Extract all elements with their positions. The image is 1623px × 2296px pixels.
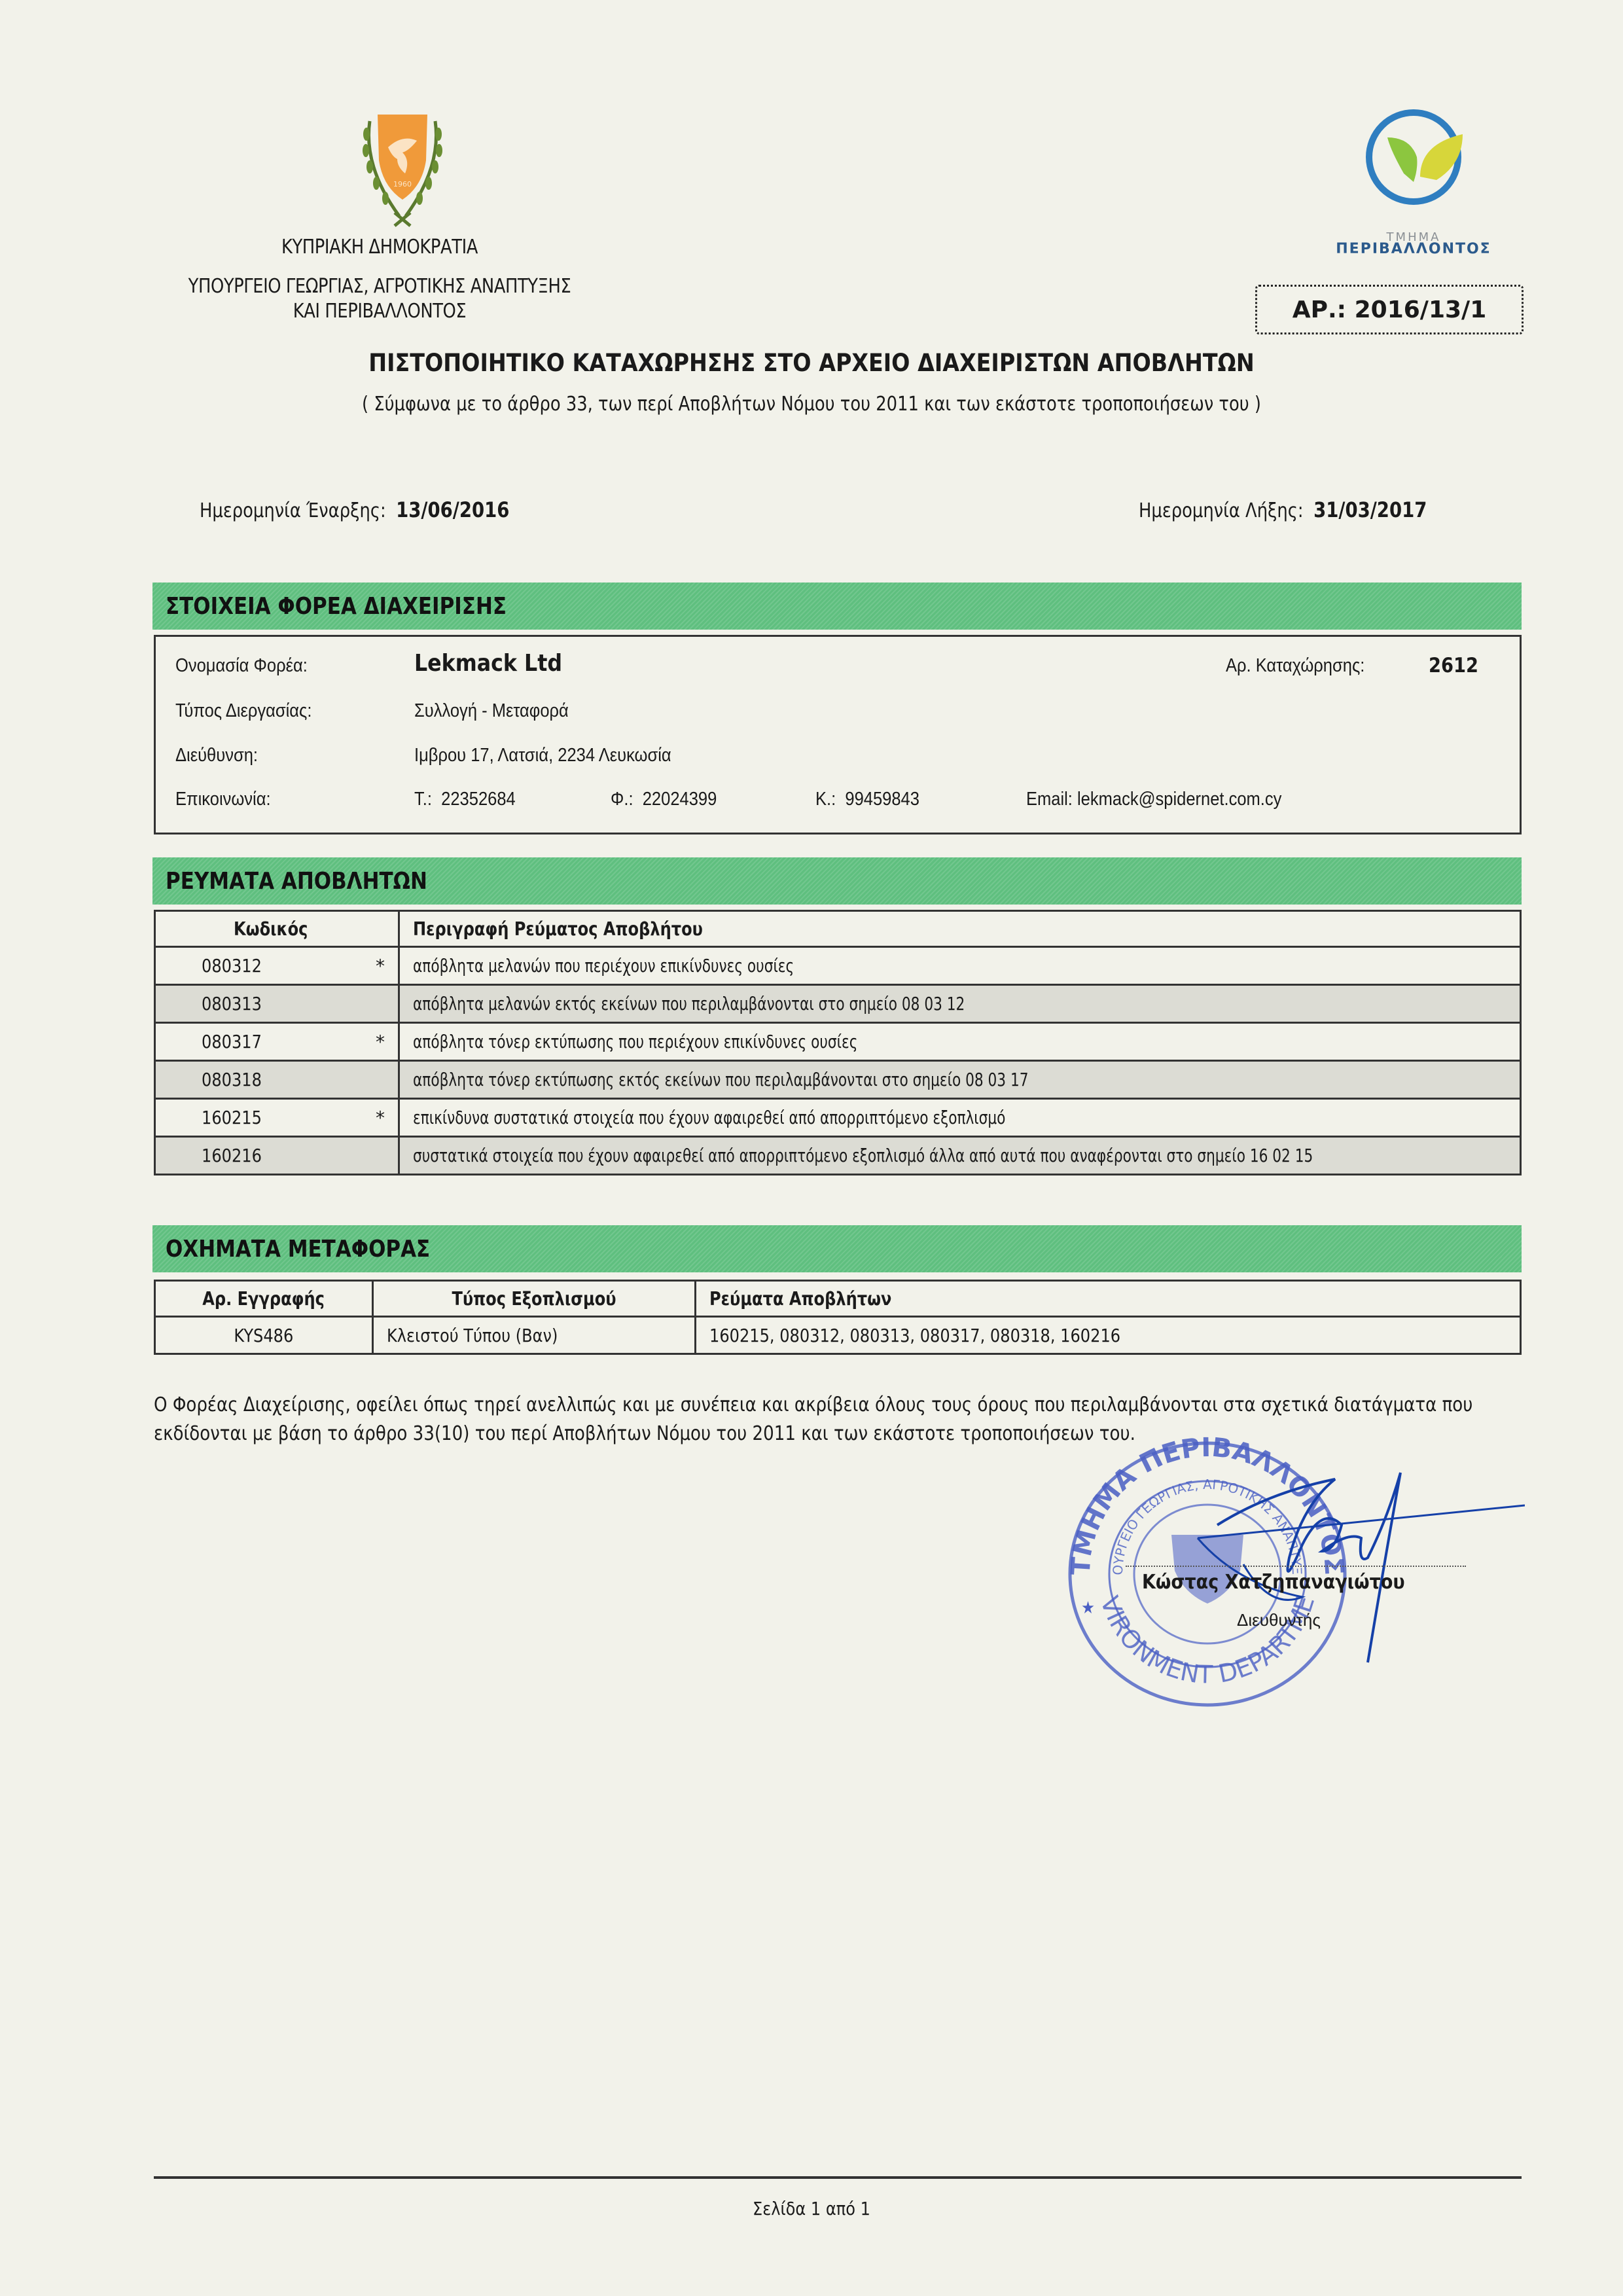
ministry-name-line2: ΚΑΙ ΠΕΡΙΒΑΛΛΟΝΤΟΣ xyxy=(154,300,605,323)
waste-description: επικίνδυνα συστατικά στοιχεία που έχουν … xyxy=(413,1103,1504,1132)
table-row: 080317*απόβλητα τόνερ εκτύπωσης που περι… xyxy=(155,1023,1521,1061)
column-header-equipment-type: Τύπος Εξοπλισμού xyxy=(373,1281,696,1317)
waste-code: 080318 xyxy=(202,1069,262,1090)
column-header-code: Κωδικός xyxy=(155,911,399,947)
signatory-title: Διευθυντής xyxy=(1237,1610,1321,1630)
hazardous-marker: * xyxy=(376,955,385,977)
republic-name: ΚΥΠΡΙΑΚΗ ΔΗΜΟΚΡΑΤΙΑ xyxy=(239,236,520,259)
email: Email: lekmack@spidernet.com.cy xyxy=(1026,789,1281,810)
waste-description-cell: απόβλητα μελανών εκτός εκείνων που περιλ… xyxy=(399,985,1521,1023)
waste-code-cell: 080312* xyxy=(155,947,399,985)
fax-label: Φ.: xyxy=(611,789,633,810)
hazardous-marker: * xyxy=(376,1107,385,1128)
fax-value: 22024399 xyxy=(643,789,717,810)
waste-code-cell: 080317* xyxy=(155,1023,399,1061)
equipment-type-cell: Κλειστού Τύπου (Βαν) xyxy=(373,1317,696,1354)
waste-description-cell: απόβλητα μελανών που περιέχουν επικίνδυν… xyxy=(399,947,1521,985)
waste-description-cell: απόβλητα τόνερ εκτύπωσης εκτός εκείνων π… xyxy=(399,1061,1521,1099)
waste-code-cell: 080313 xyxy=(155,985,399,1023)
waste-code: 160216 xyxy=(202,1145,262,1166)
waste-description: συστατικά στοιχεία που έχουν αφαιρεθεί α… xyxy=(413,1141,1504,1170)
table-row: 160215*επικίνδυνα συστατικά στοιχεία που… xyxy=(155,1099,1521,1137)
start-date-value: 13/06/2016 xyxy=(396,497,509,522)
reference-number-box: ΑΡ.: 2016/13/1 xyxy=(1255,285,1524,334)
environment-department-logo-icon xyxy=(1358,105,1489,216)
vehicle-registration: KYS486 xyxy=(234,1325,294,1346)
cyprus-coat-of-arms-icon: 1960 xyxy=(337,101,468,232)
column-header-streams: Ρεύματα Αποβλήτων xyxy=(696,1281,1521,1317)
end-date: Ημερομηνία Λήξης:31/03/2017 xyxy=(1139,497,1427,522)
phone: Τ.: 22352684 xyxy=(414,789,516,810)
table-row: 160216συστατικά στοιχεία που έχουν αφαιρ… xyxy=(155,1137,1521,1175)
end-date-label: Ημερομηνία Λήξης: xyxy=(1139,499,1304,522)
certificate-subtitle: ( Σύμφωνα με το άρθρο 33, των περί Αποβλ… xyxy=(114,393,1510,416)
waste-code: 080317 xyxy=(202,1031,262,1052)
ministry-name-line1: ΥΠΟΥΡΓΕΙΟ ΓΕΩΡΓΙΑΣ, ΑΓΡΟΤΙΚΗΣ ΑΝΑΠΤΥΞΗΣ xyxy=(154,275,605,298)
address-label: Διεύθυνση: xyxy=(175,745,258,766)
certificate-title: ΠΙΣΤΟΠΟΙΗΤΙΚΟ ΚΑΤΑΧΩΡΗΣΗΣ ΣΤΟ ΑΡΧΕΙΟ ΔΙΑ… xyxy=(81,349,1542,377)
vehicles-section-heading: ΟΧΗΜΑΤΑ ΜΕΤΑΦΟΡΑΣ xyxy=(152,1225,1522,1272)
start-date-label: Ημερομηνία Έναρξης: xyxy=(200,499,386,522)
table-row: 080318απόβλητα τόνερ εκτύπωσης εκτός εκε… xyxy=(155,1061,1521,1099)
department-logo-text-line2: ΠΕΡΙΒΑΛΛΟΝΤΟΣ xyxy=(1302,241,1525,257)
waste-code-cell: 160215* xyxy=(155,1099,399,1137)
fax: Φ.: 22024399 xyxy=(611,789,717,810)
column-header-registration: Αρ. Εγγραφής xyxy=(155,1281,373,1317)
reference-number: ΑΡ.: 2016/13/1 xyxy=(1293,296,1487,323)
start-date: Ημερομηνία Έναρξης:13/06/2016 xyxy=(200,497,509,522)
registration-value: 2612 xyxy=(1429,654,1478,677)
equipment-type: Κλειστού Τύπου (Βαν) xyxy=(387,1325,558,1346)
table-row: 080312*απόβλητα μελανών που περιέχουν επ… xyxy=(155,947,1521,985)
page-number: Σελίδα 1 από 1 xyxy=(114,2198,1510,2219)
operator-section-heading: ΣΤΟΙΧΕΙΑ ΦΟΡΕΑ ΔΙΑΧΕΙΡΙΣΗΣ xyxy=(152,583,1522,630)
end-date-value: 31/03/2017 xyxy=(1313,497,1427,522)
table-row: KYS486Κλειστού Τύπου (Βαν)160215, 080312… xyxy=(155,1317,1521,1354)
process-type-value: Συλλογή - Μεταφορά xyxy=(414,700,569,722)
column-header-description: Περιγραφή Ρεύματος Αποβλήτου xyxy=(399,911,1521,947)
vehicle-registration-cell: KYS486 xyxy=(155,1317,373,1354)
svg-text:1960: 1960 xyxy=(393,180,412,188)
process-type-label: Τύπος Διεργασίας: xyxy=(175,700,312,722)
mobile-label: Κ.: xyxy=(815,789,836,810)
vehicles-section-title: ΟΧΗΜΑΤΑ ΜΕΤΑΦΟΡΑΣ xyxy=(166,1236,430,1263)
svg-text:★: ★ xyxy=(1081,1598,1095,1618)
phone-value: 22352684 xyxy=(441,789,516,810)
waste-description: απόβλητα τόνερ εκτύπωσης που περιέχουν ε… xyxy=(413,1028,1504,1056)
operator-section-title: ΣΤΟΙΧΕΙΑ ΦΟΡΕΑ ΔΙΑΧΕΙΡΙΣΗΣ xyxy=(166,593,507,620)
table-header-row: Αρ. Εγγραφής Τύπος Εξοπλισμού Ρεύματα Απ… xyxy=(155,1281,1521,1317)
waste-description-cell: επικίνδυνα συστατικά στοιχεία που έχουν … xyxy=(399,1099,1521,1137)
operator-name-value: Lekmack Ltd xyxy=(414,650,562,677)
vehicles-table: Αρ. Εγγραφής Τύπος Εξοπλισμού Ρεύματα Απ… xyxy=(154,1280,1522,1355)
signatory-name: Κώστας Χατζηπαναγιώτου xyxy=(1142,1571,1405,1594)
signature-line xyxy=(1126,1566,1466,1567)
waste-description-cell: συστατικά στοιχεία που έχουν αφαιρεθεί α… xyxy=(399,1137,1521,1175)
waste-streams-section-heading: ΡΕΥΜΑΤΑ ΑΠΟΒΛΗΤΩΝ xyxy=(152,857,1522,905)
address-value: Ιμβρου 17, Λατσιά, 2234 Λευκωσία xyxy=(414,745,671,766)
waste-description: απόβλητα τόνερ εκτύπωσης εκτός εκείνων π… xyxy=(413,1066,1504,1094)
vehicle-waste-streams: 160215, 080312, 080313, 080317, 080318, … xyxy=(709,1325,1120,1346)
phone-label: Τ.: xyxy=(414,789,432,810)
waste-description: απόβλητα μελανών εκτός εκείνων που περιλ… xyxy=(413,990,1504,1018)
waste-code-cell: 080318 xyxy=(155,1061,399,1099)
waste-code-cell: 160216 xyxy=(155,1137,399,1175)
operator-name-label: Ονομασία Φορέα: xyxy=(175,655,308,677)
waste-code: 160215 xyxy=(202,1107,262,1128)
contact-label: Επικοινωνία: xyxy=(175,789,271,810)
table-row: 080313απόβλητα μελανών εκτός εκείνων που… xyxy=(155,985,1521,1023)
email-label: Email: xyxy=(1026,789,1073,810)
hazardous-marker: * xyxy=(376,1031,385,1052)
vehicle-waste-streams-cell: 160215, 080312, 080313, 080317, 080318, … xyxy=(696,1317,1521,1354)
waste-streams-table: Κωδικός Περιγραφή Ρεύματος Αποβλήτου 080… xyxy=(154,910,1522,1175)
waste-code: 080313 xyxy=(202,993,262,1014)
operator-details-box: Ονομασία Φορέα: Lekmack Ltd Αρ. Καταχώρη… xyxy=(154,635,1522,834)
table-header-row: Κωδικός Περιγραφή Ρεύματος Αποβλήτου xyxy=(155,911,1521,947)
mobile: Κ.: 99459843 xyxy=(815,789,919,810)
waste-streams-section-title: ΡΕΥΜΑΤΑ ΑΠΟΒΛΗΤΩΝ xyxy=(166,868,427,895)
waste-description-cell: απόβλητα τόνερ εκτύπωσης που περιέχουν ε… xyxy=(399,1023,1521,1061)
email-value[interactable]: lekmack@spidernet.com.cy xyxy=(1077,789,1281,810)
mobile-value: 99459843 xyxy=(845,789,919,810)
footer-divider xyxy=(154,2176,1522,2179)
waste-description: απόβλητα μελανών που περιέχουν επικίνδυν… xyxy=(413,952,1504,980)
waste-code: 080312 xyxy=(202,955,262,977)
registration-label: Αρ. Καταχώρησης: xyxy=(1226,655,1364,677)
